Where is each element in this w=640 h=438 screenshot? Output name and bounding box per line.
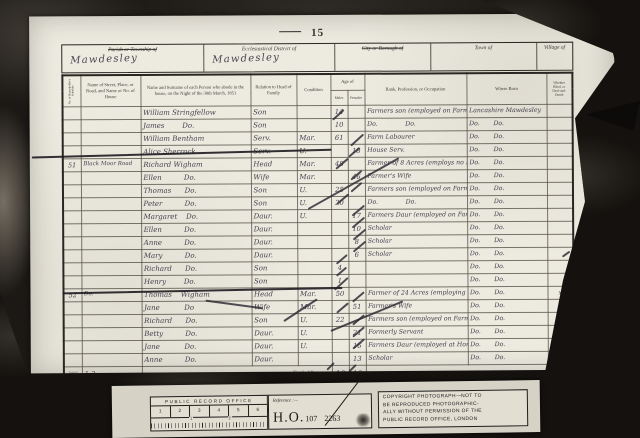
cell-name: Thomas Wigham xyxy=(141,288,251,302)
cell-schedule xyxy=(64,328,82,341)
cell-age_f xyxy=(348,118,365,131)
cell-condition: Mar. xyxy=(297,170,331,183)
cell-age_f xyxy=(348,183,365,196)
cell-condition: Mar. xyxy=(297,131,331,144)
col-header-females: Females xyxy=(347,90,364,105)
reference-class: 107 xyxy=(305,414,317,423)
cell-age_m xyxy=(331,248,348,261)
cell-age_m: 25 xyxy=(331,183,348,196)
cell-occupation: Farmers Daur (employed at Home) xyxy=(366,339,468,353)
page-number: 15 xyxy=(311,27,324,39)
cell-age_f xyxy=(348,105,365,118)
cell-blind xyxy=(547,130,573,143)
cell-age_m xyxy=(332,352,349,365)
cell-condition: Mar. xyxy=(298,300,332,313)
field-village-label: Village of xyxy=(541,45,568,51)
cell-blind xyxy=(547,221,573,234)
col-header-condition: Condition xyxy=(296,74,330,106)
ruler-tick-scale: 1 2 xyxy=(151,417,267,429)
cell-age_m: 48 xyxy=(331,157,348,170)
census-table-header: No. of Householder's Schedule Name of St… xyxy=(62,73,572,107)
cell-relation: Serv. xyxy=(251,132,297,145)
cell-born: Do. Do. xyxy=(467,234,547,247)
cell-born: Lancashire Mawdesley xyxy=(467,104,547,117)
cell-condition: U. xyxy=(298,313,332,326)
cell-age_f: 51 xyxy=(349,300,366,313)
cell-street xyxy=(81,145,141,158)
cell-age_m: 20 xyxy=(331,196,348,209)
col-header-males: Males xyxy=(330,90,347,105)
cell-schedule xyxy=(63,250,81,263)
cell-age_m xyxy=(332,326,349,339)
col-header-name: Name and Surname of each Person who abod… xyxy=(140,74,250,106)
cell-relation: Son xyxy=(251,106,297,119)
cell-relation: Wife xyxy=(251,171,297,184)
cell-street xyxy=(81,119,141,132)
col-header-occupation: Rank, Profession, or Occupation xyxy=(364,73,466,105)
cell-condition xyxy=(297,118,331,131)
cell-born: Do. Do. xyxy=(467,195,547,208)
cell-schedule xyxy=(63,198,81,211)
cell-street xyxy=(82,327,142,340)
cell-age_m: 1 xyxy=(331,274,348,287)
cell-age_f xyxy=(348,131,365,144)
cell-condition xyxy=(297,235,331,248)
cell-occupation: Farmer of 8 Acres (employs no Lab) xyxy=(365,157,467,171)
cell-condition: U. xyxy=(297,196,331,209)
cell-occupation xyxy=(365,261,467,275)
cell-schedule xyxy=(63,224,81,237)
inch-cell: 5 xyxy=(229,405,249,416)
cell-born: Do. Do. xyxy=(467,130,547,143)
cell-relation: Son xyxy=(252,314,298,327)
cell-condition: U. xyxy=(297,144,331,157)
cell-occupation: Farmers son (employed on Farm) xyxy=(365,105,467,119)
cell-street xyxy=(81,197,141,210)
col-header-schedule: No. of Householder's Schedule xyxy=(62,75,80,107)
cell-occupation: Scholar xyxy=(366,352,468,366)
cell-blind xyxy=(547,182,573,195)
census-rows: William StringfellowSon14Farmers son (em… xyxy=(63,104,574,367)
cell-occupation: Scholar xyxy=(365,235,467,249)
cell-name: Alice Sherrock xyxy=(141,145,251,159)
census-page: 15 Parish or Township of Mawdesley Eccle… xyxy=(29,13,616,376)
cell-street xyxy=(82,314,142,327)
cell-condition xyxy=(297,222,331,235)
cell-street: Black Moor Road xyxy=(81,158,141,171)
cell-age_f: 8 xyxy=(348,235,365,248)
pro-stamp-strip: PUBLIC RECORD OFFICE 123456 1 2 Referenc… xyxy=(112,380,541,438)
cell-age_f xyxy=(348,261,365,274)
cell-born: Do. Do. xyxy=(467,247,547,260)
cell-relation: Son xyxy=(251,275,297,288)
cell-street xyxy=(81,132,141,145)
cell-age_f: 21 xyxy=(349,326,366,339)
cell-condition xyxy=(297,274,331,287)
inch-cell: 6 xyxy=(248,405,267,416)
cell-born: Do. Do. xyxy=(467,286,547,299)
cell-condition: U. xyxy=(298,326,332,339)
cell-age_m xyxy=(331,235,348,248)
cell-blind xyxy=(547,195,573,208)
cell-relation: Daur. xyxy=(251,210,297,223)
cell-born: Do. Do. xyxy=(467,169,547,182)
cell-schedule xyxy=(63,107,81,120)
cell-street xyxy=(82,340,142,353)
cell-occupation: Farm Labourer xyxy=(365,131,467,145)
cell-name: William Bentham xyxy=(141,132,251,146)
cell-schedule xyxy=(63,276,81,289)
cell-blind xyxy=(547,156,573,169)
cell-age_f xyxy=(348,287,365,300)
cell-blind xyxy=(547,104,573,117)
cell-street xyxy=(81,223,141,236)
cell-born: Do. Do. xyxy=(467,273,547,286)
cell-street xyxy=(81,210,141,223)
cell-schedule xyxy=(63,263,81,276)
cell-born: Do. Do. xyxy=(467,143,547,156)
cell-occupation: Formerly Servant xyxy=(366,326,468,340)
cell-condition: U. xyxy=(297,209,331,222)
inch-cell: 2 xyxy=(170,406,190,417)
cell-occupation: Farmer's Wife xyxy=(366,300,468,314)
cell-age_m xyxy=(331,222,348,235)
cell-condition: U. xyxy=(298,339,332,352)
cell-name: Richard Wigham xyxy=(141,158,251,172)
photograph: 15 Parish or Township of Mawdesley Eccle… xyxy=(0,0,640,438)
cell-name: Ellen Do. xyxy=(141,223,251,237)
cell-born: Do. Do. xyxy=(467,208,547,221)
inch-cell: 1 xyxy=(151,406,171,417)
cell-occupation: Farmers son (employed on Farm) xyxy=(366,313,468,327)
cell-blind xyxy=(547,117,573,130)
cell-occupation: Scholar xyxy=(365,248,467,262)
cell-schedule xyxy=(63,237,81,250)
cell-born: Do. Do. xyxy=(467,260,547,273)
tick-label-1: 1 xyxy=(189,417,193,421)
reference-box: Reference :— H.O.1072263 xyxy=(268,393,372,429)
cell-occupation: Do. Do. xyxy=(365,196,467,210)
cell-occupation: House Serv. xyxy=(365,144,467,158)
cell-name: Ellen Do. xyxy=(141,171,251,185)
cell-name: James Do. xyxy=(141,119,251,133)
cell-condition xyxy=(297,261,331,274)
field-district-value: Mawdesley xyxy=(212,52,280,66)
cell-schedule xyxy=(63,146,81,159)
cell-born: Do. Do. xyxy=(468,351,548,364)
ruler-box: PUBLIC RECORD OFFICE 123456 1 2 xyxy=(150,395,268,432)
cell-street xyxy=(81,106,141,119)
cell-relation: Daur. xyxy=(251,223,297,236)
cell-name: Richard Do. xyxy=(142,314,252,328)
inch-cell: 4 xyxy=(209,405,229,416)
cell-occupation: Farmers son (employed on Farm) xyxy=(365,183,467,197)
cell-age_m xyxy=(331,144,348,157)
reference-smudge xyxy=(355,413,371,426)
field-town-label: Town of xyxy=(435,45,532,52)
cell-age_f: 16 xyxy=(349,339,366,352)
cell-blind xyxy=(547,234,573,247)
reference-ho: H.O. xyxy=(273,410,304,425)
cell-age_m: 4 xyxy=(331,261,348,274)
cell-name: Henry Do. xyxy=(141,275,251,289)
cell-relation: Daur. xyxy=(251,249,297,262)
field-city-borough: City or Borough of xyxy=(335,43,431,71)
copyright-box: COPYRIGHT PHOTOGRAPH—NOT TOBE REPRODUCED… xyxy=(378,389,529,428)
cell-condition: U. xyxy=(297,183,331,196)
col-header-blind: Whether Blind, or Deaf-and-Dumb xyxy=(546,73,572,105)
cell-street: Do. xyxy=(81,288,141,301)
field-parish: Parish or Township of Mawdesley xyxy=(62,45,204,73)
cell-relation: Wife xyxy=(252,301,298,314)
col-header-born: Where Born xyxy=(466,73,546,105)
cell-relation: Serv. xyxy=(251,145,297,158)
page-number-block: 15 xyxy=(29,22,574,43)
cell-relation: Son xyxy=(251,262,297,275)
cell-schedule xyxy=(64,341,82,354)
cell-schedule: 51 xyxy=(63,159,81,172)
cell-born: Do. Do. xyxy=(468,338,548,351)
cell-relation: Head xyxy=(251,288,297,301)
field-parish-value: Mawdesley xyxy=(70,53,138,67)
cell-occupation: Farmer's Wife xyxy=(365,170,467,184)
cell-street xyxy=(82,301,142,314)
cell-name: Anne Do. xyxy=(142,353,252,367)
cell-condition: Mar. xyxy=(297,157,331,170)
cell-condition: Mar. xyxy=(297,287,331,300)
cell-born: Do. Do. xyxy=(467,117,547,130)
cell-relation: Daur. xyxy=(251,236,297,249)
cell-relation: Son xyxy=(251,119,297,132)
cell-age_f: 6 xyxy=(348,248,365,261)
cell-born: Do. Do. xyxy=(467,221,547,234)
cell-name: Anne Do. xyxy=(141,236,251,250)
cell-relation: Daur. xyxy=(252,327,298,340)
cell-street xyxy=(81,184,141,197)
cell-occupation: Farmers Daur (employed on Farm) xyxy=(365,209,467,223)
cell-relation: Daur. xyxy=(252,353,298,366)
field-town: Town of xyxy=(431,43,537,71)
cell-condition xyxy=(297,248,331,261)
cell-age_f xyxy=(348,157,365,170)
cell-blind xyxy=(547,143,573,156)
cell-age_m: 10 xyxy=(331,118,348,131)
cell-age_m: 61 xyxy=(331,131,348,144)
cell-condition xyxy=(298,352,332,365)
cell-age_f: 13 xyxy=(349,352,366,365)
reference-label: Reference :— xyxy=(269,394,371,402)
cell-name: Richard Do. xyxy=(141,262,251,276)
cell-blind xyxy=(547,169,573,182)
cell-name: Mary Do. xyxy=(141,249,251,263)
field-ecclesiastical-district: Ecclesiastical District of Mawdesley xyxy=(204,44,336,72)
cell-age_f: 10 xyxy=(348,222,365,235)
cell-relation: Son xyxy=(251,184,297,197)
cell-age_m xyxy=(332,300,349,313)
cell-schedule xyxy=(63,172,81,185)
cell-occupation: Farmer of 24 Acres (employing no Lab) xyxy=(365,287,467,301)
cell-born: Do. Do. xyxy=(468,325,548,338)
cell-name: Thomas Do. xyxy=(141,184,251,198)
cell-name: Peter Do. xyxy=(141,197,251,211)
cell-age_m: 14 xyxy=(331,105,348,118)
cell-relation: Daur. xyxy=(252,340,298,353)
cell-schedule xyxy=(64,315,82,328)
cell-relation: Son xyxy=(251,197,297,210)
location-header: Parish or Township of Mawdesley Ecclesia… xyxy=(61,42,573,74)
cell-schedule xyxy=(63,211,81,224)
cell-street xyxy=(81,275,141,288)
cell-street xyxy=(82,353,142,366)
cell-schedule xyxy=(63,120,81,133)
cell-name: Betty Do. xyxy=(142,327,252,341)
col-header-relation: Relation to Head of Family xyxy=(250,74,296,106)
cell-street xyxy=(81,236,141,249)
cell-street xyxy=(81,262,141,275)
tick-label-2: 2 xyxy=(228,416,232,420)
cell-occupation xyxy=(365,274,467,288)
cell-age_f: 46 xyxy=(348,170,365,183)
cell-age_m: 22 xyxy=(332,313,349,326)
cell-born: Do. Do. xyxy=(467,182,547,195)
col-header-age: Age of xyxy=(330,74,364,90)
cell-age_m xyxy=(331,209,348,222)
cell-age_f xyxy=(348,196,365,209)
field-village: Village of xyxy=(537,43,573,70)
cell-born: Do. Do. xyxy=(468,299,548,312)
cell-schedule xyxy=(63,185,81,198)
cell-schedule xyxy=(63,133,81,146)
cell-name: Jane Do. xyxy=(142,340,252,354)
field-city-label: City or Borough of xyxy=(339,45,426,51)
cell-relation: Head xyxy=(251,158,297,171)
cell-age_m xyxy=(331,170,348,183)
cell-street xyxy=(81,171,141,184)
cell-condition xyxy=(297,105,331,118)
cell-age_f: 18 xyxy=(348,144,365,157)
cell-born: Do. Do. xyxy=(468,312,548,325)
cell-schedule xyxy=(64,354,82,367)
col-header-street: Name of Street, Place, or Road, and Name… xyxy=(80,75,140,107)
cell-occupation: Scholar xyxy=(365,222,467,236)
copyright-line: PUBLIC RECORD OFFICE, LONDON xyxy=(383,415,523,425)
cell-age_m: 50 xyxy=(331,287,348,300)
cell-schedule: 52 xyxy=(63,289,81,302)
cell-name: Margaret Do. xyxy=(141,210,251,224)
cell-age_f xyxy=(348,274,365,287)
cell-age_m xyxy=(332,339,349,352)
page-number-dash xyxy=(279,31,301,33)
cell-name: William Stringfellow xyxy=(141,106,251,120)
cell-blind xyxy=(547,208,573,221)
cell-occupation: Do. Do. xyxy=(365,118,467,132)
cell-schedule xyxy=(64,302,82,315)
census-table: No. of Householder's Schedule Name of St… xyxy=(61,72,575,384)
cell-name: Jane Do xyxy=(142,301,252,315)
cell-age_f xyxy=(349,313,366,326)
inch-cell: 3 xyxy=(190,406,210,417)
cell-street xyxy=(81,249,141,262)
cell-born: Do. Do. xyxy=(467,156,547,169)
cell-age_f: 17 xyxy=(348,209,365,222)
